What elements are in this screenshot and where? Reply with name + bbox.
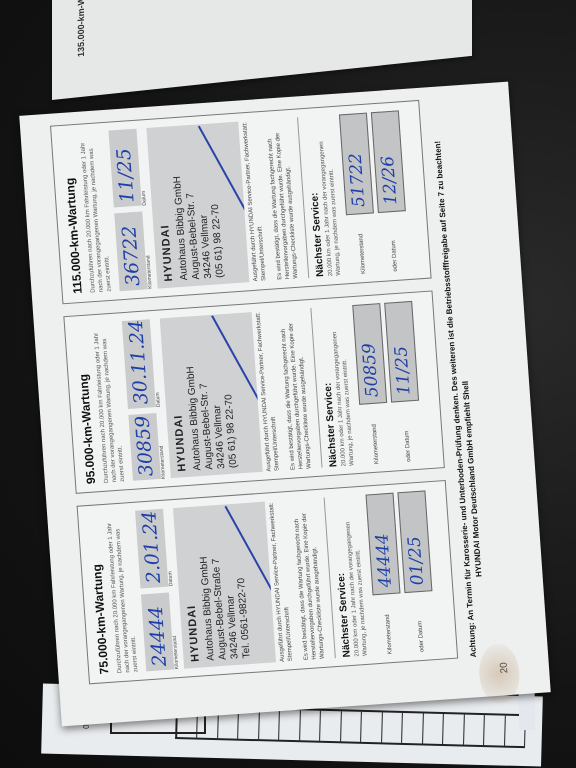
service-card: 95.000-km-Wartung Durchzuführen nach 20.… xyxy=(63,290,445,494)
next-date-value[interactable]: 01/25 xyxy=(397,491,432,593)
service-card: 115.000-km-Wartung Durchzuführen nach 20… xyxy=(50,100,432,304)
next-km-label: Kilometerstand xyxy=(370,404,380,464)
km-value[interactable]: 36722 xyxy=(115,212,148,291)
service-columns: 75.000-km-Wartung Durchzuführen nach 20.… xyxy=(50,100,458,684)
booklet-page: 75.000-km-Wartung Durchzuführen nach 20.… xyxy=(19,82,550,727)
hyundai-logo-icon: HYUNDAI xyxy=(173,414,189,472)
service-description: Durchzuführen nach 20.000 km Fahrleistun… xyxy=(93,321,128,483)
hyundai-logo-icon: HYUNDAI xyxy=(160,224,176,282)
next-date-label: oder Datum xyxy=(389,212,399,272)
confirm-text: Es wird bestätigt, dass die Wartung fach… xyxy=(279,308,314,470)
next-km-value[interactable]: 51722 xyxy=(339,113,374,215)
km-value[interactable]: 30859 xyxy=(129,413,162,481)
dealer-stamp: HYUNDAI Autohaus Bibbig GmbHAugust-Bebel… xyxy=(173,502,276,669)
km-value[interactable]: 24444 xyxy=(141,592,174,671)
service-description: Durchzuführen nach 20.000 km Fahrleistun… xyxy=(80,131,115,293)
next-date-label: oder Datum xyxy=(402,402,412,462)
next-km-value[interactable]: 44444 xyxy=(366,493,401,595)
service-card: 75.000-km-Wartung Durchzuführen nach 20.… xyxy=(77,480,459,684)
date-value[interactable]: 2.01.24 xyxy=(135,509,168,588)
next-date-value[interactable]: 11/25 xyxy=(384,301,419,403)
next-km-label: Kilometerstand xyxy=(357,214,367,274)
next-page-heading: 135.000-km-Wartung xyxy=(76,0,86,57)
next-service: Nächster Service: 20.000 km oder 1 Jahr … xyxy=(324,491,437,658)
confirm-text: Es wird bestätigt, dass die Wartung fach… xyxy=(266,118,301,280)
dealer-stamp: HYUNDAI Autohaus Bibbig GmbHAugust-Bebel… xyxy=(147,122,250,289)
service-description: Durchzuführen nach 20.000 km Fahrleistun… xyxy=(106,511,141,673)
hyundai-logo-icon: HYUNDAI xyxy=(186,604,202,662)
next-service: Nächster Service: 20.000 km oder 1 Jahr … xyxy=(311,301,424,468)
next-km-value[interactable]: 50859 xyxy=(352,303,387,405)
next-service: Nächster Service: 20.000 km oder 1 Jahr … xyxy=(297,110,410,277)
next-date-label: oder Datum xyxy=(415,592,425,652)
page-content: 75.000-km-Wartung Durchzuführen nach 20.… xyxy=(29,82,540,713)
confirm-text: Es wird bestätigt, dass die Wartung fach… xyxy=(293,498,328,660)
dealer-stamp: HYUNDAI Autohaus Bibbig GmbHAugust-Bebel… xyxy=(160,312,263,479)
next-date-value[interactable]: 12/26 xyxy=(371,110,406,212)
next-km-label: Kilometerstand xyxy=(384,594,394,654)
